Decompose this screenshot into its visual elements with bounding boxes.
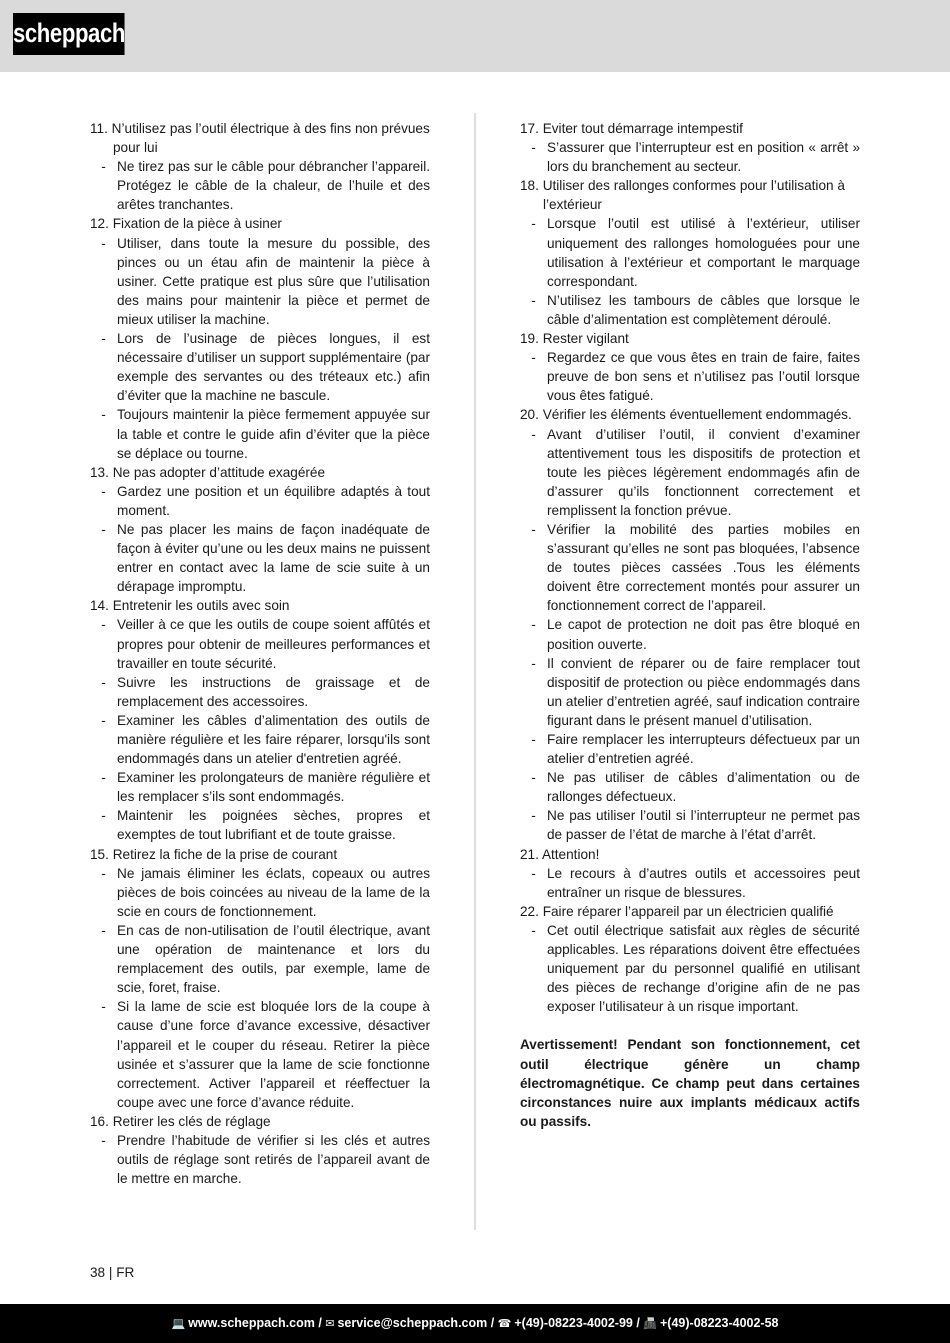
bullet-item: -Toujours maintenir la pièce fermement a… (90, 405, 430, 462)
bullet-item: -Ne pas utiliser l’outil si l’interrupte… (520, 806, 860, 844)
section-20: 20. Vérifier les éléments éventuellement… (520, 405, 860, 844)
section-title: 17. Eviter tout démarrage intempestif (520, 119, 860, 138)
dash-bullet-icon: - (90, 673, 117, 711)
bullet-item: -En cas de non-utilisation de l’outil él… (90, 921, 430, 997)
dash-bullet-icon: - (520, 425, 547, 520)
right-sections: 17. Eviter tout démarrage intempestif-S’… (520, 119, 860, 1016)
email-link[interactable]: service@scheppach.com (337, 1316, 487, 1330)
section-number: 18. (520, 178, 539, 193)
dash-bullet-icon: - (90, 234, 117, 329)
dash-bullet-icon: - (520, 730, 547, 768)
bullet-item: -Lorsque l’outil est utilisé à l’extérie… (520, 214, 860, 290)
section-title: 19. Rester vigilant (520, 329, 860, 348)
dash-bullet-icon: - (90, 864, 117, 921)
phone-icon: ☎ (498, 1318, 512, 1330)
dash-bullet-icon: - (90, 520, 117, 596)
bullet-text: Vérifier la mobilité des parties mobiles… (547, 520, 860, 615)
scheppach-logo: scheppach (13, 13, 125, 55)
dash-bullet-icon: - (520, 520, 547, 615)
section-16: 16. Retirer les clés de réglage-Prendre … (90, 1112, 430, 1188)
separator: / (633, 1316, 643, 1330)
bullet-item: -Utiliser, dans toute la mesure du possi… (90, 234, 430, 329)
bullet-item: -Le recours à d’autres outils et accesso… (520, 864, 860, 902)
section-number: 12. (90, 216, 109, 231)
bullet-item: -Cet outil électrique satisfait aux règl… (520, 921, 860, 1016)
bullet-item: -Maintenir les poignées sèches, propres … (90, 806, 430, 844)
left-column: 11. N’utilisez pas l’outil électrique à … (90, 119, 430, 1188)
section-title: 20. Vérifier les éléments éventuellement… (520, 405, 860, 424)
separator: / (315, 1316, 325, 1330)
bullet-item: -Examiner les câbles d’alimentation des … (90, 711, 430, 768)
section-title: 12. Fixation de la pièce à usiner (90, 214, 430, 233)
page-number-value: 38 (90, 1265, 105, 1280)
dash-bullet-icon: - (90, 329, 117, 405)
bullet-text: Examiner les câbles d’alimentation des o… (117, 711, 430, 768)
section-title-text: Retirez la fiche de la prise de courant (113, 847, 337, 862)
computer-icon: 💻 (171, 1318, 185, 1330)
website-link[interactable]: www.scheppach.com (188, 1316, 315, 1330)
bullet-text: Utiliser, dans toute la mesure du possib… (117, 234, 430, 329)
section-title-text: Eviter tout démarrage intempestif (543, 121, 743, 136)
dash-bullet-icon: - (520, 768, 547, 806)
dash-bullet-icon: - (520, 654, 547, 730)
section-number: 15. (90, 847, 109, 862)
bullet-text: Il convient de réparer ou de faire rempl… (547, 654, 860, 730)
dash-bullet-icon: - (520, 864, 547, 902)
dash-bullet-icon: - (520, 615, 547, 653)
section-number: 20. (520, 407, 539, 422)
section-title-text: Vérifier les éléments éventuellement end… (543, 407, 852, 422)
bullet-item: -Le capot de protection ne doit pas être… (520, 615, 860, 653)
dash-bullet-icon: - (90, 921, 117, 997)
bullet-text: Prendre l’habitude de vérifier si les cl… (117, 1131, 430, 1188)
section-number: 19. (520, 331, 539, 346)
section-title: 11. N’utilisez pas l’outil électrique à … (90, 119, 430, 157)
dash-bullet-icon: - (90, 806, 117, 844)
section-18: 18. Utiliser des rallonges conformes pou… (520, 176, 860, 329)
section-number: 22. (520, 904, 539, 919)
bullet-item: -Lors de l’usinage de pièces longues, il… (90, 329, 430, 405)
section-number: 14. (90, 598, 109, 613)
dash-bullet-icon: - (520, 138, 547, 176)
section-number: 13. (90, 465, 109, 480)
bullet-text: Avant d’utiliser l’outil, il convient d’… (547, 425, 860, 520)
section-13: 13. Ne pas adopter d’attitude exagérée-G… (90, 463, 430, 597)
section-title: 16. Retirer les clés de réglage (90, 1112, 430, 1131)
section-12: 12. Fixation de la pièce à usiner-Utilis… (90, 214, 430, 462)
bullet-text: Ne jamais éliminer les éclats, copeaux o… (117, 864, 430, 921)
dash-bullet-icon: - (90, 768, 117, 806)
section-title-text: Rester vigilant (543, 331, 629, 346)
bullet-text: Ne tirez pas sur le câble pour débranche… (117, 157, 430, 214)
language-code: FR (116, 1265, 134, 1280)
section-title: 15. Retirez la fiche de la prise de cour… (90, 845, 430, 864)
bullet-item: -Suivre les instructions de graissage et… (90, 673, 430, 711)
dash-bullet-icon: - (90, 405, 117, 462)
dash-bullet-icon: - (90, 1131, 117, 1188)
bullet-text: Ne pas placer les mains de façon inadéqu… (117, 520, 430, 596)
section-21: 21. Attention!-Le recours à d’autres out… (520, 845, 860, 902)
fax-number: +(49)-08223-4002-58 (660, 1316, 779, 1330)
section-14: 14. Entretenir les outils avec soin-Veil… (90, 596, 430, 844)
dash-bullet-icon: - (90, 157, 117, 214)
section-number: 11. (90, 121, 108, 136)
separator: / (487, 1316, 497, 1330)
bullet-item: -Avant d’utiliser l’outil, il convient d… (520, 425, 860, 520)
bullet-item: -S’assurer que l’interrupteur est en pos… (520, 138, 860, 176)
bullet-text: Suivre les instructions de graissage et … (117, 673, 430, 711)
bullet-item: -Ne jamais éliminer les éclats, copeaux … (90, 864, 430, 921)
section-title-text: Faire réparer l’appareil par un électric… (543, 904, 834, 919)
bullet-text: Maintenir les poignées sèches, propres e… (117, 806, 430, 844)
section-11: 11. N’utilisez pas l’outil électrique à … (90, 119, 430, 214)
emf-warning: Avertissement! Pendant son fonctionnemen… (520, 1035, 860, 1130)
section-15: 15. Retirez la fiche de la prise de cour… (90, 845, 430, 1112)
bullet-text: Regardez ce que vous êtes en train de fa… (547, 348, 860, 405)
bullet-text: Toujours maintenir la pièce fermement ap… (117, 405, 430, 462)
section-title-text: Entretenir les outils avec soin (113, 598, 290, 613)
dash-bullet-icon: - (520, 348, 547, 405)
dash-bullet-icon: - (90, 711, 117, 768)
section-number: 17. (520, 121, 539, 136)
bullet-text: Faire remplacer les interrupteurs défect… (547, 730, 860, 768)
section-17: 17. Eviter tout démarrage intempestif-S’… (520, 119, 860, 176)
page-number: 38 | FR (90, 1265, 134, 1280)
fax-icon: 📠 (643, 1318, 657, 1330)
section-22: 22. Faire réparer l’appareil par un élec… (520, 902, 860, 1017)
bullet-text: Examiner les prolongateurs de manière ré… (117, 768, 430, 806)
bullet-text: Veiller à ce que les outils de coupe soi… (117, 615, 430, 672)
bullet-item: -Si la lame de scie est bloquée lors de … (90, 997, 430, 1112)
bullet-text: N’utilisez les tambours de câbles que lo… (547, 291, 860, 329)
contact-bar: 💻www.scheppach.com / ✉service@scheppach.… (0, 1304, 950, 1343)
bullet-text: Ne pas utiliser de câbles d’alimentation… (547, 768, 860, 806)
bullet-text: Le capot de protection ne doit pas être … (547, 615, 860, 653)
bullet-item: -Examiner les prolongateurs de manière r… (90, 768, 430, 806)
section-19: 19. Rester vigilant-Regardez ce que vous… (520, 329, 860, 405)
bullet-text: Si la lame de scie est bloquée lors de l… (117, 997, 430, 1112)
bullet-item: -Il convient de réparer ou de faire remp… (520, 654, 860, 730)
section-number: 16. (90, 1114, 109, 1129)
bullet-item: -Regardez ce que vous êtes en train de f… (520, 348, 860, 405)
section-title-text: N’utilisez pas l’outil électrique à des … (112, 121, 430, 155)
section-title: 13. Ne pas adopter d’attitude exagérée (90, 463, 430, 482)
bullet-item: -Gardez une position et un équilibre ada… (90, 482, 430, 520)
dash-bullet-icon: - (520, 921, 547, 1016)
bullet-item: -Veiller à ce que les outils de coupe so… (90, 615, 430, 672)
right-column: 17. Eviter tout démarrage intempestif-S’… (520, 119, 860, 1131)
bullet-text: Ne pas utiliser l’outil si l’interrupteu… (547, 806, 860, 844)
section-title: 21. Attention! (520, 845, 860, 864)
dash-bullet-icon: - (90, 615, 117, 672)
dash-bullet-icon: - (520, 806, 547, 844)
bullet-item: -N’utilisez les tambours de câbles que l… (520, 291, 860, 329)
dash-bullet-icon: - (520, 291, 547, 329)
section-number: 21. (520, 847, 539, 862)
bullet-item: -Ne pas placer les mains de façon inadéq… (90, 520, 430, 596)
bullet-item: -Ne pas utiliser de câbles d’alimentatio… (520, 768, 860, 806)
section-title-text: Fixation de la pièce à usiner (113, 216, 282, 231)
bullet-text: Gardez une position et un équilibre adap… (117, 482, 430, 520)
bullet-text: Le recours à d’autres outils et accessoi… (547, 864, 860, 902)
phone-number[interactable]: +(49)-08223-4002-99 (514, 1316, 633, 1330)
section-title-text: Ne pas adopter d’attitude exagérée (113, 465, 325, 480)
bullet-item: -Prendre l’habitude de vérifier si les c… (90, 1131, 430, 1188)
bullet-text: S’assurer que l’interrupteur est en posi… (547, 138, 860, 176)
section-title: 14. Entretenir les outils avec soin (90, 596, 430, 615)
section-title-text: Retirer les clés de réglage (113, 1114, 271, 1129)
bullet-item: -Ne tirez pas sur le câble pour débranch… (90, 157, 430, 214)
dash-bullet-icon: - (90, 997, 117, 1112)
bullet-text: En cas de non-utilisation de l’outil éle… (117, 921, 430, 997)
bullet-text: Lorsque l’outil est utilisé à l’extérieu… (547, 214, 860, 290)
dash-bullet-icon: - (520, 214, 547, 290)
section-title-text: Attention! (542, 847, 599, 862)
mail-icon: ✉ (325, 1318, 334, 1330)
dash-bullet-icon: - (90, 482, 117, 520)
section-title: 18. Utiliser des rallonges conformes pou… (520, 176, 860, 214)
page-separator: | (109, 1265, 113, 1280)
page-header: scheppach (0, 0, 950, 72)
bullet-item: -Vérifier la mobilité des parties mobile… (520, 520, 860, 615)
bullet-text: Cet outil électrique satisfait aux règle… (547, 921, 860, 1016)
column-divider (474, 113, 476, 1230)
section-title: 22. Faire réparer l’appareil par un élec… (520, 902, 860, 921)
bullet-item: -Faire remplacer les interrupteurs défec… (520, 730, 860, 768)
section-title-text: Utiliser des rallonges conformes pour l’… (543, 178, 845, 212)
bullet-text: Lors de l’usinage de pièces longues, il … (117, 329, 430, 405)
